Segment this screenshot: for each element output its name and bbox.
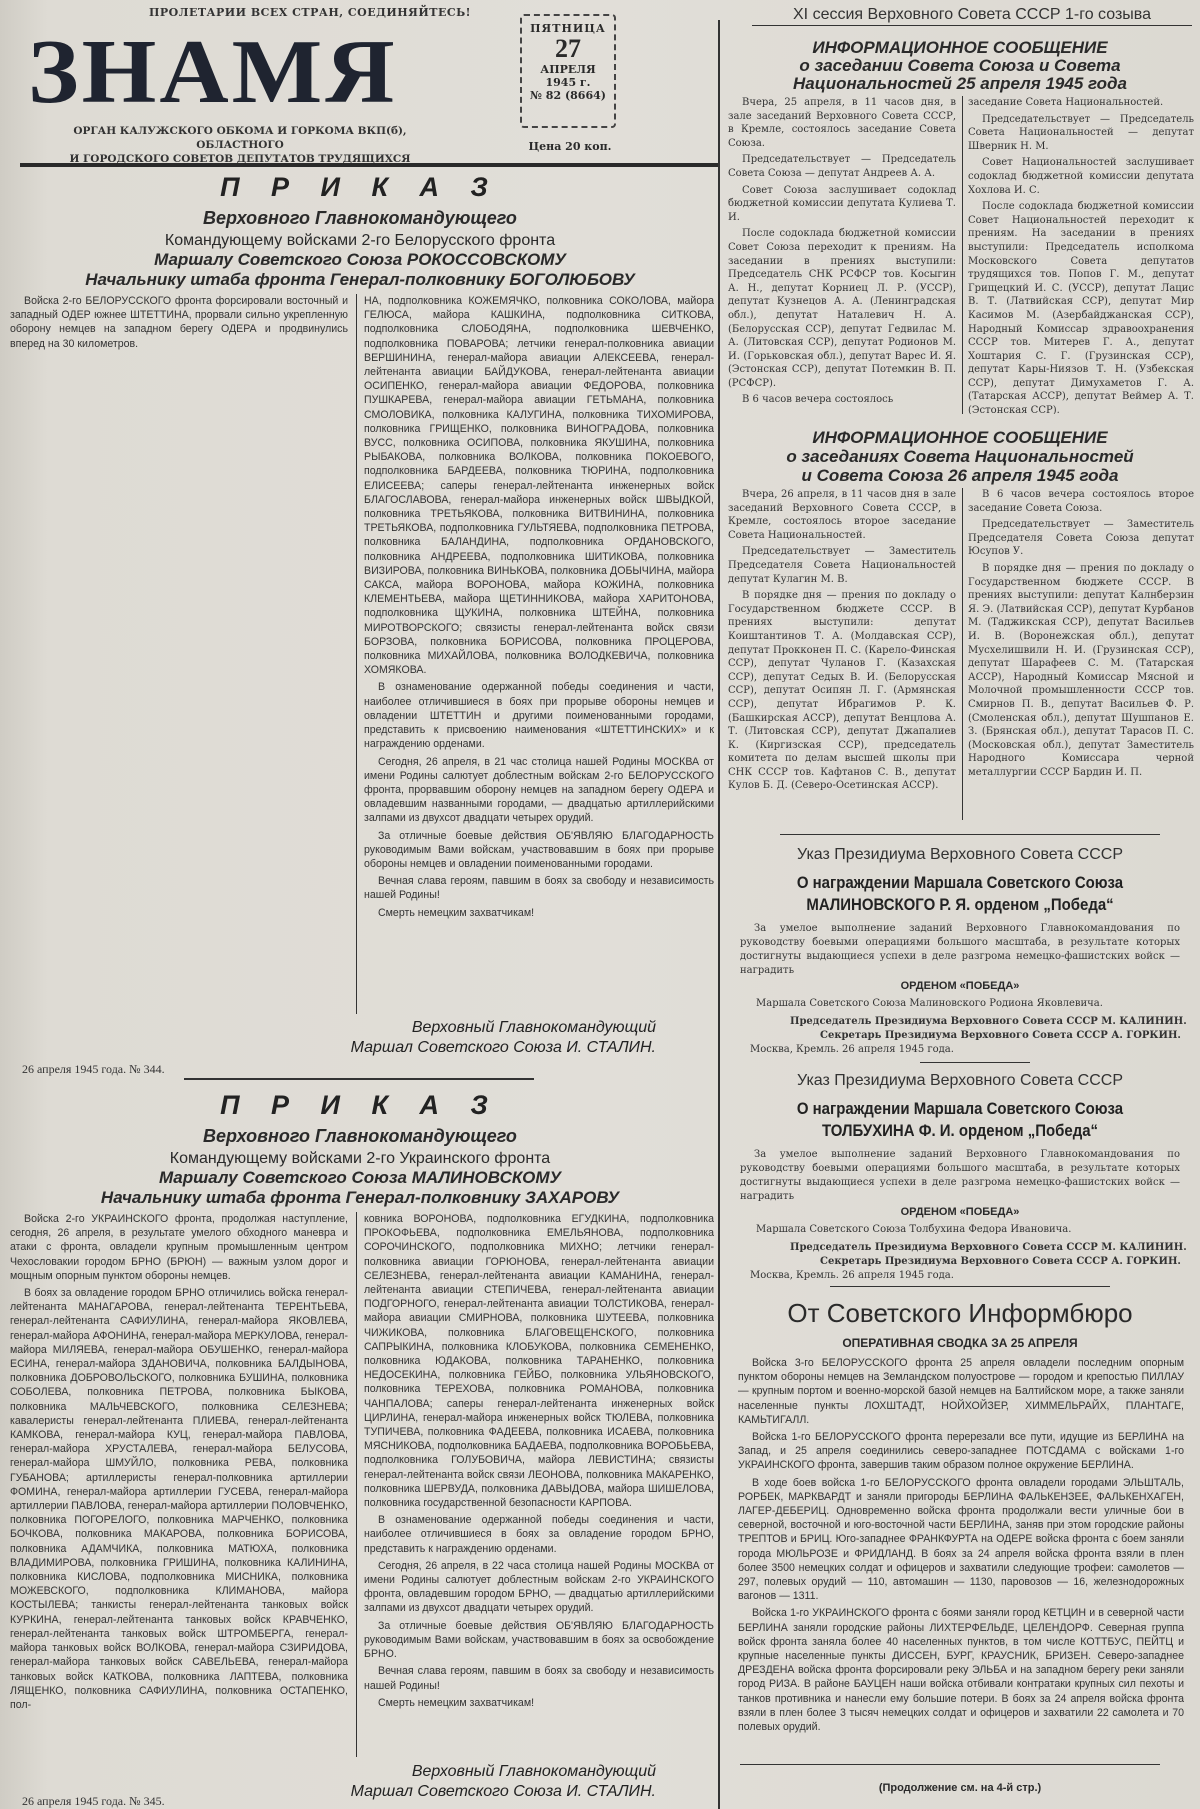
info2-column-1: Вчера, 26 апреля, в 11 часов дня в зале …	[728, 488, 956, 824]
masthead-divider	[20, 163, 720, 167]
informburo-paragraph: Войска 1-го УКРАИНСКОГО фронта с боями з…	[738, 1606, 1184, 1734]
order2-paragraph: Войска 2-го УКРАИНСКОГО фронта, продолжа…	[10, 1212, 348, 1283]
info1-paragraph: Председательствует — Председатель Совета…	[728, 153, 956, 180]
informburo-subtitle: ОПЕРАТИВНАЯ СВОДКА ЗА 25 АПРЕЛЯ	[720, 1336, 1200, 1350]
ukaz2-text: За умелое выполнение заданий Верховного …	[740, 1148, 1180, 1204]
section-divider	[740, 1764, 1160, 1765]
order1-signature-title: Верховный Главнокомандующий	[300, 1018, 656, 1038]
issue-price: Цена 20 коп.	[520, 140, 620, 153]
order1-signature: Верховный Главнокомандующий Маршал Совет…	[300, 1018, 656, 1058]
info2-paragraph: Вчера, 26 апреля, в 11 часов дня в зале …	[728, 488, 956, 542]
ukaz1-recipient: Маршала Советского Союза Малиновского Ро…	[756, 998, 1103, 1009]
order2-paragraph: ковника ВОРОНОВА, подполковника ЕГУДКИНА…	[364, 1212, 714, 1510]
ukaz2-heading: Указ Президиума Верховного Совета СССР	[720, 1072, 1200, 1090]
column-rule	[962, 96, 963, 414]
order1-addressee-marshal: Маршалу Советского Союза РОКОССОВСКОМУ	[0, 250, 720, 270]
issue-month: АПРЕЛЯ	[522, 63, 614, 76]
order2-signature: Верховный Главнокомандующий Маршал Совет…	[300, 1762, 656, 1802]
session-heading: XI сессия Верховного Совета СССР 1-го со…	[752, 6, 1192, 26]
info1-subtitle-1: о заседании Совета Союза и Совета	[720, 56, 1200, 75]
order1-paragraph: Смерть немецким захватчикам!	[364, 906, 714, 920]
ukaz2-signature-secretary: Секретарь Президиума Верховного Совета С…	[820, 1256, 1181, 1267]
info2-paragraph: В порядке дня — прения по докладу о Госу…	[968, 562, 1194, 780]
informburo-title: От Советского Информбюро	[720, 1298, 1200, 1329]
order2-column-1: Войска 2-го УКРАИНСКОГО фронта, продолжа…	[10, 1212, 348, 1752]
ukaz1-heading: Указ Президиума Верховного Совета СССР	[720, 846, 1200, 864]
continued-note: (Продолжение см. на 4-й стр.)	[720, 1782, 1200, 1794]
order2-addressee-commander: Командующему войсками 2-го Украинского ф…	[0, 1150, 720, 1168]
order1-paragraph: В ознаменование одержанной победы соедин…	[364, 680, 714, 751]
info1-paragraph: Совет Союза заслушивает содоклад бюджетн…	[728, 184, 956, 225]
order2-paragraph: Вечная слава героям, павшим в боях за св…	[364, 1664, 714, 1692]
section-divider	[780, 834, 1160, 835]
order1-column-1: Войска 2-го БЕЛОРУССКОГО фронта форсиров…	[10, 294, 348, 1016]
ukaz2-order-name: ОРДЕНОМ «ПОБЕДА»	[720, 1206, 1200, 1218]
column-rule	[962, 488, 963, 820]
ukaz2-title-line1: О награждении Маршала Советского Союза	[749, 1098, 1171, 1119]
order1-paragraph: Войска 2-го БЕЛОРУССКОГО фронта форсиров…	[10, 294, 348, 351]
newspaper-page: ПРОЛЕТАРИИ ВСЕХ СТРАН, СОЕДИНЯЙТЕСЬ! ЗНА…	[0, 0, 1200, 1809]
ukaz1-order-name: ОРДЕНОМ «ПОБЕДА»	[720, 980, 1200, 992]
info1-paragraph: Вчера, 25 апреля, в 11 часов дня, в зале…	[728, 96, 956, 150]
order1-column-2: НА, подполковника КОЖЕМЯЧКО, полковника …	[364, 294, 714, 1016]
info1-paragraph: После содоклада бюджетной комиссии Совет…	[968, 200, 1194, 414]
info1-paragraph: После содоклада бюджетной комиссии Совет…	[728, 227, 956, 390]
info2-paragraph: Председательствует — Заместитель Председ…	[728, 545, 956, 586]
order1-signature-name: Маршал Советского Союза И. СТАЛИН.	[300, 1038, 656, 1058]
order2-title: П Р И К А З	[0, 1090, 720, 1121]
order2-signature-name: Маршал Советского Союза И. СТАЛИН.	[300, 1782, 656, 1802]
informburo-paragraph: Войска 3-го БЕЛОРУССКОГО фронта 25 апрел…	[738, 1356, 1184, 1427]
newspaper-title: ЗНАМЯ	[28, 26, 398, 117]
order2-signature-title: Верховный Главнокомандующий	[300, 1762, 656, 1782]
issue-year: 1945 г.	[522, 76, 614, 89]
masthead-subtitle-line1: ОРГАН КАЛУЖСКОГО ОБКОМА И ГОРКОМА ВКП(б)…	[40, 124, 440, 152]
info1-subtitle-2: Национальностей 25 апреля 1945 года	[720, 74, 1200, 93]
info2-paragraph: В порядке дня — прения по докладу о Госу…	[728, 589, 956, 793]
masthead-slogan: ПРОЛЕТАРИИ ВСЕХ СТРАН, СОЕДИНЯЙТЕСЬ!	[140, 6, 480, 19]
ukaz1-title-line1: О награждении Маршала Советского Союза	[749, 872, 1171, 893]
order2-addressee-chief-of-staff: Начальнику штаба фронта Генерал-полковни…	[0, 1188, 720, 1208]
info2-paragraph: В 6 часов вечера состоялось второе засед…	[968, 488, 1194, 515]
section-divider	[920, 1062, 1030, 1063]
order1-paragraph: НА, подполковника КОЖЕМЯЧКО, полковника …	[364, 294, 714, 677]
info1-column-2: заседание Совета Национальностей. Предсе…	[968, 96, 1194, 414]
order2-paragraph: В боях за овладение городом БРНО отличил…	[10, 1286, 348, 1712]
info1-paragraph: Совет Национальностей заслушивает содокл…	[968, 156, 1194, 197]
ukaz1-body: За умелое выполнение заданий Верховного …	[740, 922, 1180, 978]
order2-paragraph: Сегодня, 26 апреля, в 22 часа столица на…	[364, 1559, 714, 1616]
ukaz2-place-date: Москва, Кремль. 26 апреля 1945 года.	[750, 1270, 954, 1281]
issue-date-box: ПЯТНИЦА 27 АПРЕЛЯ 1945 г. № 82 (8664)	[520, 14, 616, 128]
order1-addressee-chief-of-staff: Начальнику штаба фронта Генерал-полковни…	[0, 270, 720, 290]
order2-dateline: 26 апреля 1945 года. № 345.	[22, 1794, 165, 1809]
ukaz1-title-line2: МАЛИНОВСКОГО Р. Я. орденом „Победа“	[749, 894, 1171, 915]
ukaz1-signature-secretary: Секретарь Президиума Верховного Совета С…	[820, 1030, 1181, 1041]
masthead-subtitle: ОРГАН КАЛУЖСКОГО ОБКОМА И ГОРКОМА ВКП(б)…	[40, 124, 440, 166]
column-rule	[356, 1212, 357, 1757]
order1-addressee-commander: Командующему войсками 2-го Белорусского …	[0, 232, 720, 250]
info2-title: ИНФОРМАЦИОННОЕ СООБЩЕНИЕ	[720, 428, 1200, 447]
order1-subtitle: Верховного Главнокомандующего	[0, 208, 720, 229]
info2-column-2: В 6 часов вечера состоялось второе засед…	[968, 488, 1194, 824]
info1-paragraph: Председательствует — Председатель Совета…	[968, 113, 1194, 154]
ukaz1-place-date: Москва, Кремль. 26 апреля 1945 года.	[750, 1044, 954, 1055]
column-rule	[356, 294, 357, 1014]
issue-day: 27	[522, 35, 614, 63]
issue-number: № 82 (8664)	[522, 89, 614, 102]
informburo-paragraph: Войска 1-го БЕЛОРУССКОГО фронта перереза…	[738, 1430, 1184, 1473]
informburo-body: Войска 3-го БЕЛОРУССКОГО фронта 25 апрел…	[738, 1356, 1184, 1752]
order1-paragraph: Сегодня, 26 апреля, в 21 час столица наш…	[364, 755, 714, 826]
section-divider	[830, 1286, 1110, 1287]
info2-subtitle-1: о заседаниях Совета Национальностей	[720, 447, 1200, 466]
ukaz2-recipient: Маршала Советского Союза Толбухина Федор…	[756, 1224, 1071, 1235]
info1-title: ИНФОРМАЦИОННОЕ СООБЩЕНИЕ	[720, 38, 1200, 57]
order2-paragraph: За отличные боевые действия ОБ'ЯВЛЯЮ БЛА…	[364, 1619, 714, 1662]
info2-subtitle-2: и Совета Союза 26 апреля 1945 года	[720, 466, 1200, 485]
order2-paragraph: В ознаменование одержанной победы соедин…	[364, 1513, 714, 1556]
order2-column-2: ковника ВОРОНОВА, подполковника ЕГУДКИНА…	[364, 1212, 714, 1752]
order1-dateline: 26 апреля 1945 года. № 344.	[22, 1062, 165, 1077]
informburo-paragraph: В ходе боев войска 1-го БЕЛОРУССКОГО фро…	[738, 1476, 1184, 1604]
order2-paragraph: Смерть немецким захватчикам!	[364, 1696, 714, 1710]
order1-paragraph: Вечная слава героям, павшим в боях за св…	[364, 874, 714, 902]
order2-subtitle: Верховного Главнокомандующего	[0, 1126, 720, 1147]
ukaz1-signature-chair: Председатель Президиума Верховного Совет…	[790, 1016, 1187, 1027]
section-divider	[184, 1078, 534, 1080]
info1-column-1: Вчера, 25 апреля, в 11 часов дня, в зале…	[728, 96, 956, 414]
order1-paragraph: За отличные боевые действия ОБ'ЯВЛЯЮ БЛА…	[364, 829, 714, 872]
info1-paragraph: заседание Совета Национальностей.	[968, 96, 1194, 110]
info2-paragraph: Председательствует — Заместитель Председ…	[968, 518, 1194, 559]
info1-paragraph: В 6 часов вечера состоялось	[728, 393, 956, 407]
ukaz2-body: За умелое выполнение заданий Верховного …	[740, 1148, 1180, 1204]
ukaz1-text: За умелое выполнение заданий Верховного …	[740, 922, 1180, 978]
order2-addressee-marshal: Маршалу Советского Союза МАЛИНОВСКОМУ	[0, 1168, 720, 1188]
order1-title: П Р И К А З	[0, 172, 720, 203]
ukaz2-signature-chair: Председатель Президиума Верховного Совет…	[790, 1242, 1187, 1253]
ukaz2-title-line2: ТОЛБУХИНА Ф. И. орденом „Победа“	[749, 1120, 1171, 1141]
